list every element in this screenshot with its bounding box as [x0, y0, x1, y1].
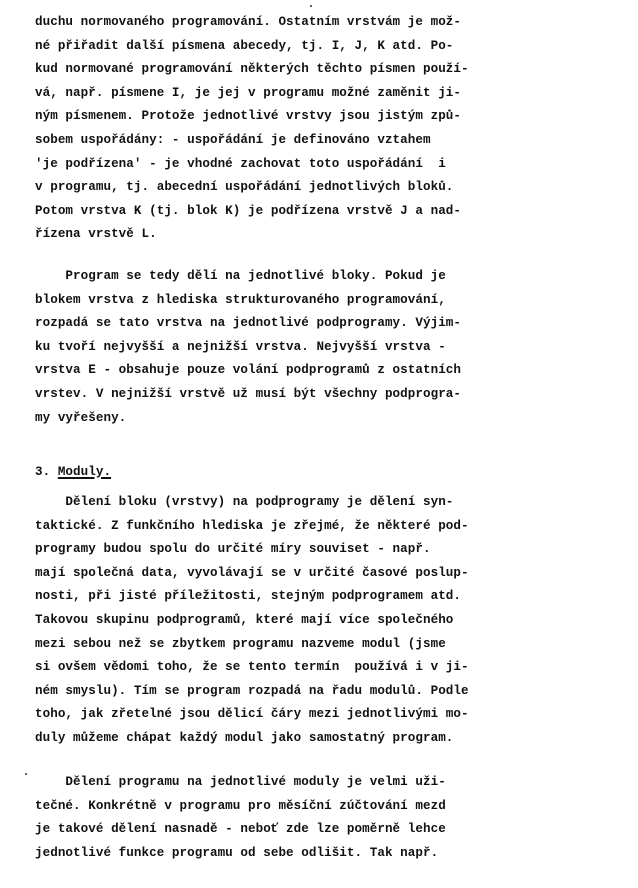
text-line: duly můžeme chápat každý modul jako samo… [35, 731, 453, 745]
text-line: blokem vrstva z hlediska strukturovaného… [35, 293, 446, 307]
typewritten-page: duchu normovaného programování. Ostatním… [0, 0, 638, 888]
text-line: vá, např. písmene I, je jej v programu m… [35, 86, 461, 100]
text-line: vrstva E - obsahuje pouze volání podprog… [35, 363, 461, 377]
text-line: Program se tedy dělí na jednotlivé bloky… [35, 269, 446, 283]
text-line: ném smyslu). Tím se program rozpadá na ř… [35, 684, 469, 698]
text-line: mezi sebou než se zbytkem programu nazve… [35, 637, 446, 651]
text-line: nosti, při jisté příležitosti, stejným p… [35, 589, 461, 603]
scan-speck [25, 773, 27, 775]
text-line: ným písmenem. Protože jednotlivé vrstvy … [35, 109, 461, 123]
text-line: mají společná data, vyvolávají se v urči… [35, 566, 469, 580]
scan-speck [310, 5, 312, 7]
text-line: Takovou skupinu podprogramů, které mají … [35, 613, 453, 627]
text-line: vrstev. V nejnižší vrstvě už musí být vš… [35, 387, 461, 401]
text-line: řízena vrstvě L. [35, 227, 157, 241]
section-heading: 3. Moduly. [35, 465, 111, 479]
text-line: jednotlivé funkce programu od sebe odliš… [35, 846, 438, 860]
text-line: toho, jak zřetelné jsou dělicí čáry mezi… [35, 707, 469, 721]
section-title: Moduly. [58, 465, 111, 479]
text-line: my vyřešeny. [35, 411, 126, 425]
text-line: programy budou spolu do určité míry souv… [35, 542, 431, 556]
text-line: sobem uspořádány: - uspořádání je defino… [35, 133, 431, 147]
text-line: je takové dělení nasnadě - neboť zde lze… [35, 822, 446, 836]
text-line: Dělení bloku (vrstvy) na podprogramy je … [35, 495, 453, 509]
text-line: 'je podřízena' - je vhodné zachovat toto… [35, 157, 446, 171]
text-line: Potom vrstva K (tj. blok K) je podřízena… [35, 204, 461, 218]
section-number: 3. [35, 465, 58, 479]
text-line: né přiřadit další písmena abecedy, tj. I… [35, 39, 453, 53]
text-line: Dělení programu na jednotlivé moduly je … [35, 775, 446, 789]
text-line: ku tvoří nejvyšší a nejnižší vrstva. Nej… [35, 340, 446, 354]
text-line: taktické. Z funkčního hlediska je zřejmé… [35, 519, 469, 533]
text-line: v programu, tj. abecední uspořádání jedn… [35, 180, 453, 194]
text-line: duchu normovaného programování. Ostatním… [35, 15, 461, 29]
text-line: rozpadá se tato vrstva na jednotlivé pod… [35, 316, 461, 330]
text-line: kud normované programování některých těc… [35, 62, 469, 76]
text-line: tečné. Konkrétně v programu pro měsíční … [35, 799, 446, 813]
text-line: si ovšem vědomi toho, že se tento termín… [35, 660, 469, 674]
